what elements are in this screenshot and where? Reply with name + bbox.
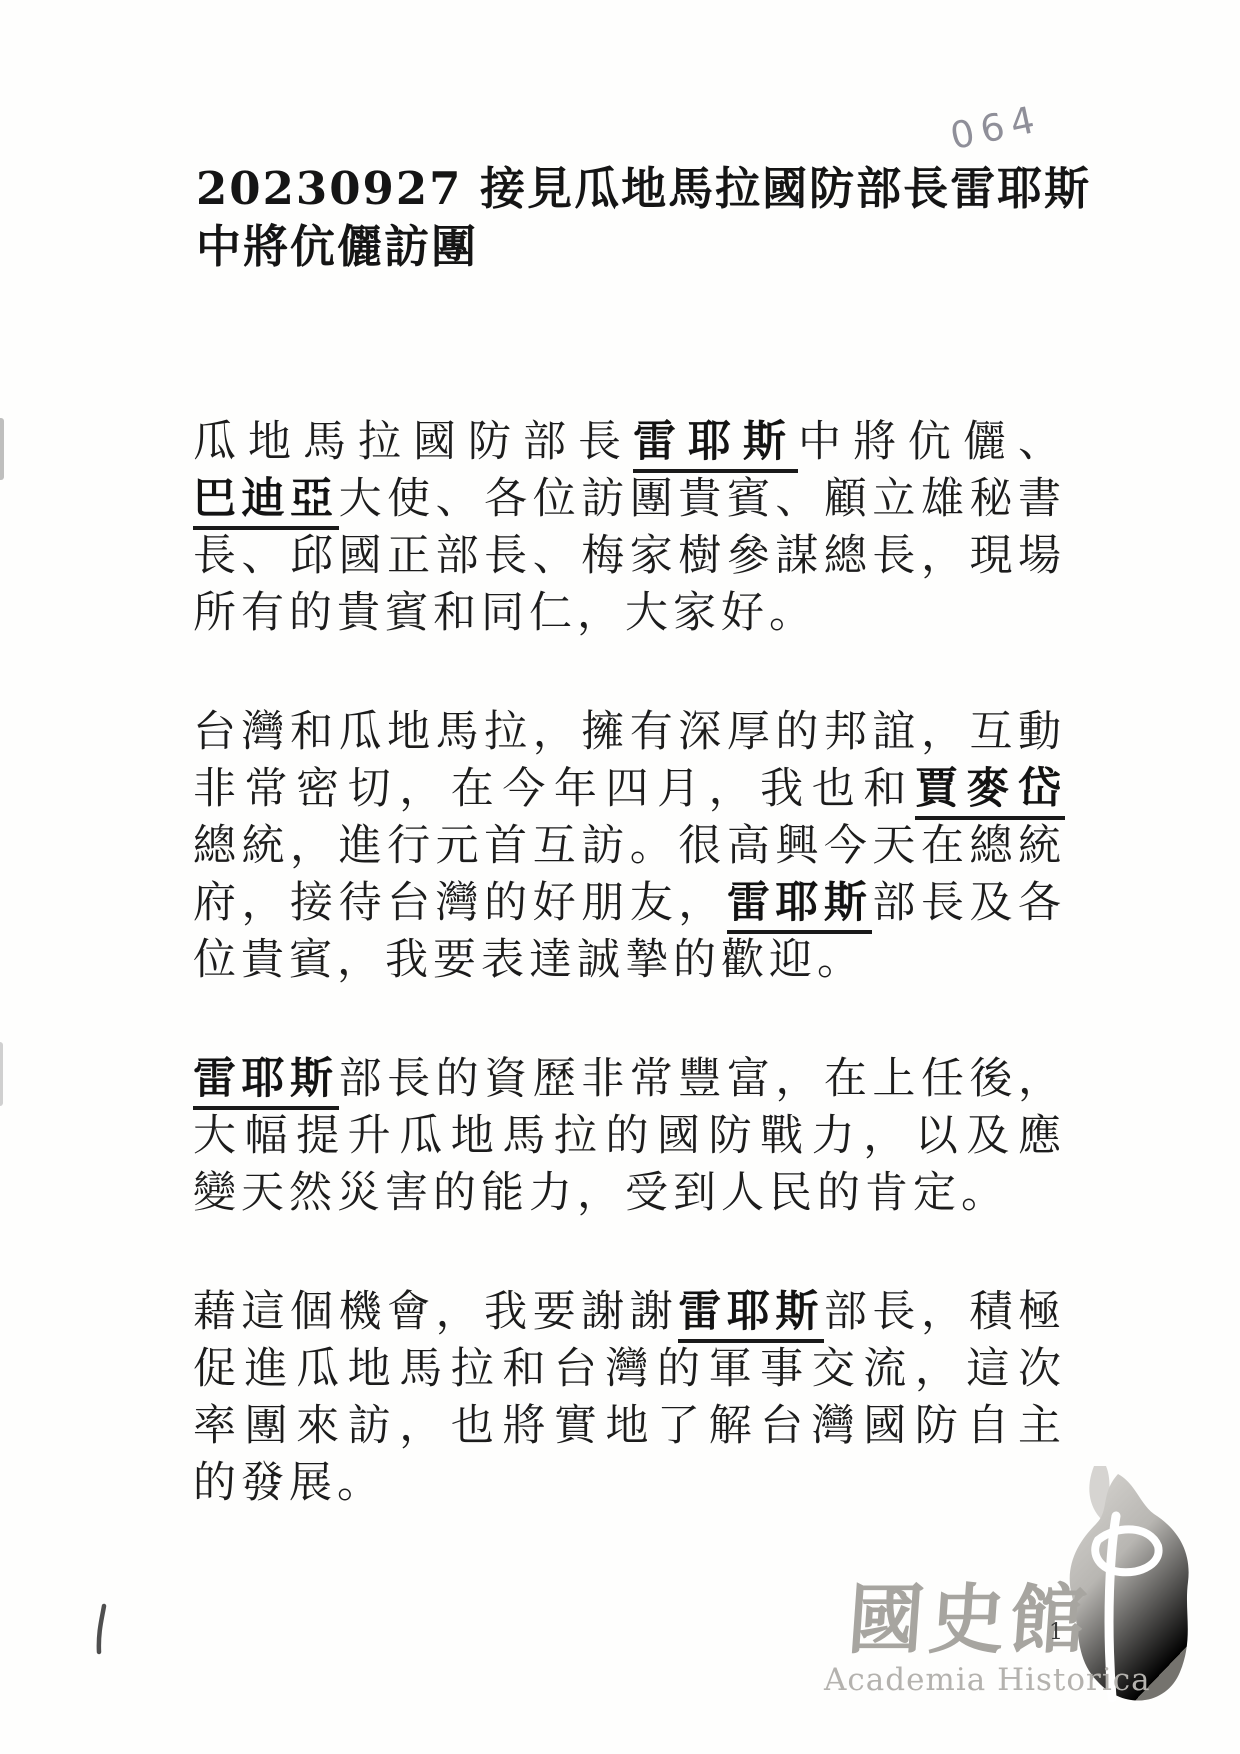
text-line: 雷耶斯部長的資歷非常豐富，在上任後， xyxy=(193,1051,1065,1108)
underlined-name: 雷耶斯 xyxy=(678,1287,824,1343)
text-line: 變天然災害的能力，受到人民的肯定。 xyxy=(193,1165,1065,1222)
underlined-name: 巴迪亞 xyxy=(193,474,339,530)
text-segment: 所有的貴賓和同仁，大家好。 xyxy=(193,588,817,638)
scan-artifact xyxy=(0,1042,3,1106)
text-segment: 的發展。 xyxy=(193,1458,385,1508)
text-segment: 藉這個機會，我要謝謝 xyxy=(193,1287,678,1337)
page-number: 1 xyxy=(1049,1620,1063,1645)
text-segment: 府，接待台灣的好朋友， xyxy=(193,878,727,928)
scan-artifact xyxy=(0,418,4,480)
text-line: 大幅提升瓜地馬拉的國防戰力，以及應 xyxy=(193,1108,1065,1165)
paragraph: 雷耶斯部長的資歷非常豐富，在上任後，大幅提升瓜地馬拉的國防戰力，以及應變天然災害… xyxy=(193,1051,1065,1222)
text-segment: 瓜地馬拉國防部長 xyxy=(193,417,633,467)
text-line: 的發展。 xyxy=(193,1455,1065,1512)
text-line: 巴迪亞大使、各位訪團貴賓、顧立雄秘書 xyxy=(193,471,1065,528)
text-segment: 促進瓜地馬拉和台灣的軍事交流，這次 xyxy=(193,1344,1065,1394)
text-segment: 變天然災害的能力，受到人民的肯定。 xyxy=(193,1168,1009,1218)
text-segment: 位貴賓，我要表達誠摯的歡迎。 xyxy=(193,935,865,985)
paragraph: 台灣和瓜地馬拉，擁有深厚的邦誼，互動非常密切，在今年四月，我也和賈麥岱總統，進行… xyxy=(193,704,1065,989)
handwritten-archive-number: 064 xyxy=(947,97,1046,158)
text-segment: 部長的資歷非常豐富，在上任後， xyxy=(339,1054,1065,1104)
text-segment: 非常密切，在今年四月，我也和 xyxy=(193,764,915,814)
watermark-english: Academia Historica xyxy=(824,1662,1151,1698)
underlined-name: 雷耶斯 xyxy=(193,1054,339,1110)
text-line: 府，接待台灣的好朋友，雷耶斯部長及各 xyxy=(193,875,1065,932)
document-title: 20230927 接見瓜地馬拉國防部長雷耶斯 中將伉儷訪團 xyxy=(196,160,1096,276)
text-line: 瓜地馬拉國防部長雷耶斯中將伉儷、 xyxy=(193,414,1065,471)
text-segment: 部長及各 xyxy=(872,878,1065,928)
paragraph: 藉這個機會，我要謝謝雷耶斯部長，積極促進瓜地馬拉和台灣的軍事交流，這次率團來訪，… xyxy=(193,1284,1065,1512)
text-line: 率團來訪，也將實地了解台灣國防自主 xyxy=(193,1398,1065,1455)
text-line: 台灣和瓜地馬拉，擁有深厚的邦誼，互動 xyxy=(193,704,1065,761)
text-line: 位貴賓，我要表達誠摯的歡迎。 xyxy=(193,932,1065,989)
text-segment: 率團來訪，也將實地了解台灣國防自主 xyxy=(193,1401,1065,1451)
text-line: 藉這個機會，我要謝謝雷耶斯部長，積極 xyxy=(193,1284,1065,1341)
text-segment: 中將伉儷、 xyxy=(798,417,1065,467)
underlined-name: 賈麥岱 xyxy=(915,764,1065,820)
text-line: 所有的貴賓和同仁，大家好。 xyxy=(193,585,1065,642)
document-body: 瓜地馬拉國防部長雷耶斯中將伉儷、巴迪亞大使、各位訪團貴賓、顧立雄秘書長、邱國正部… xyxy=(193,414,1065,1574)
text-line: 促進瓜地馬拉和台灣的軍事交流，這次 xyxy=(193,1341,1065,1398)
document-page: 064 20230927 接見瓜地馬拉國防部長雷耶斯 中將伉儷訪團 瓜地馬拉國防… xyxy=(0,0,1240,1754)
paragraph: 瓜地馬拉國防部長雷耶斯中將伉儷、巴迪亞大使、各位訪團貴賓、顧立雄秘書長、邱國正部… xyxy=(193,414,1065,642)
title-line-1: 20230927 接見瓜地馬拉國防部長雷耶斯 xyxy=(196,160,1096,218)
text-line: 長、邱國正部長、梅家樹參謀總長，現場 xyxy=(193,528,1065,585)
text-line: 非常密切，在今年四月，我也和賈麥岱 xyxy=(193,761,1065,818)
text-segment: 總統，進行元首互訪。很高興今天在總統 xyxy=(193,821,1065,871)
text-segment: 長、邱國正部長、梅家樹參謀總長，現場 xyxy=(193,531,1065,581)
text-segment: 大幅提升瓜地馬拉的國防戰力，以及應 xyxy=(193,1111,1065,1161)
underlined-name: 雷耶斯 xyxy=(727,878,873,934)
text-segment: 台灣和瓜地馬拉，擁有深厚的邦誼，互動 xyxy=(193,707,1065,757)
underlined-name: 雷耶斯 xyxy=(633,417,798,473)
text-line: 總統，進行元首互訪。很高興今天在總統 xyxy=(193,818,1065,875)
text-segment: 大使、各位訪團貴賓、顧立雄秘書 xyxy=(339,474,1065,524)
handwritten-page-mark-icon xyxy=(88,1602,114,1658)
text-segment: 部長，積極 xyxy=(824,1287,1065,1337)
title-line-2: 中將伉儷訪團 xyxy=(196,218,1096,276)
